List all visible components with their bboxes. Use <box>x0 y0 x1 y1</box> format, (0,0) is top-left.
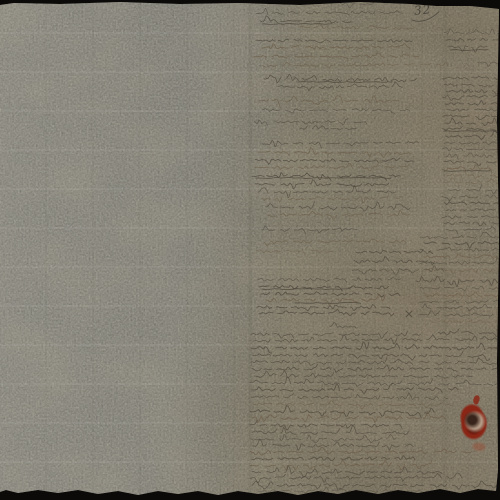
handwriting-stroke <box>340 2 374 8</box>
handwriting-stroke <box>262 23 332 24</box>
handwriting-stroke <box>278 82 402 91</box>
handwriting-stroke <box>252 173 400 181</box>
wax-seal <box>453 396 495 448</box>
handwriting-stroke <box>446 153 493 159</box>
handwriting-stroke <box>250 473 462 483</box>
paper-sheet: 32 <box>0 0 500 500</box>
handwriting-stroke <box>444 142 496 145</box>
handwriting-stroke <box>268 211 409 219</box>
handwriting-stroke <box>259 285 389 291</box>
page-number: 32 <box>413 2 431 17</box>
handwriting-stroke <box>478 62 500 67</box>
handwriting-stroke <box>443 95 500 100</box>
handwriting-stroke <box>256 177 391 178</box>
handwriting-stroke <box>254 118 367 125</box>
handwriting-stroke <box>420 286 500 291</box>
corrections-and-marks <box>256 23 496 317</box>
handwriting-stroke <box>422 304 500 311</box>
handwriting-stroke <box>430 318 500 323</box>
handwriting-stroke <box>442 195 500 201</box>
handwriting-stroke <box>252 383 458 393</box>
handwriting-stroke <box>254 53 419 59</box>
handwriting-stroke <box>446 38 500 41</box>
handwriting-stroke <box>252 456 415 461</box>
handwriting-stroke <box>259 309 394 315</box>
handwriting-stroke <box>450 50 488 51</box>
handwriting-stroke <box>256 8 402 15</box>
handwriting-stroke <box>444 178 499 185</box>
handwriting-stroke <box>252 481 497 489</box>
handwriting-stroke <box>352 266 444 275</box>
handwriting-stroke <box>261 292 400 297</box>
handwriting-stroke <box>250 420 402 430</box>
handwriting-stroke <box>426 268 500 274</box>
handwriting-stroke <box>444 170 490 171</box>
handwriting-stroke <box>251 357 496 365</box>
handwriting-stroke <box>264 74 417 82</box>
handwriting-stroke <box>445 118 500 126</box>
handwriting-stroke <box>444 131 496 132</box>
handwriting-stroke <box>442 148 497 151</box>
handwriting-stroke <box>266 202 410 212</box>
handwriting-stroke <box>418 311 493 317</box>
handwriting-stroke <box>438 329 500 337</box>
handwriting-stroke <box>253 401 453 410</box>
handwriting-stroke <box>252 426 409 435</box>
handwriting-stroke <box>442 216 500 219</box>
handwriting-stroke <box>262 289 350 290</box>
handwriting-stroke <box>448 46 487 52</box>
handwriting-stroke <box>258 487 441 494</box>
handwriting-stroke <box>420 232 500 239</box>
handwriting-stroke <box>253 351 490 361</box>
handwriting-stroke <box>252 364 498 372</box>
handwriting-stroke <box>298 81 392 82</box>
handwriting-stroke <box>446 90 500 94</box>
handwriting-stroke <box>442 76 500 79</box>
handwriting-stroke <box>444 29 500 35</box>
handwriting-stroke <box>253 335 500 344</box>
handwriting-stroke <box>251 331 421 338</box>
handwriting-stroke <box>250 447 472 455</box>
handwriting-stroke <box>330 322 356 327</box>
margin-text-column <box>416 29 500 337</box>
handwriting-stroke <box>264 239 406 246</box>
handwriting-stroke <box>444 222 500 226</box>
handwriting-stroke <box>354 257 435 265</box>
handwriting-stroke <box>253 439 413 450</box>
handwriting-stroke <box>442 165 500 174</box>
handwriting-stroke <box>300 23 415 29</box>
handwriting-stroke <box>416 276 500 287</box>
handwriting-stroke <box>444 202 500 205</box>
handwriting-stroke <box>262 44 410 50</box>
handwriting-stroke <box>251 393 448 400</box>
handwriting-layer <box>0 0 500 500</box>
handwriting-stroke <box>448 185 500 194</box>
handwriting-stroke <box>262 140 419 148</box>
handwriting-stroke <box>424 254 497 258</box>
handwriting-stroke <box>446 209 496 211</box>
manuscript-scan: 32 <box>0 0 500 500</box>
handwriting-stroke <box>424 241 500 248</box>
handwriting-stroke <box>420 299 500 303</box>
handwriting-stroke <box>258 186 396 198</box>
handwriting-stroke <box>262 226 357 234</box>
handwriting-stroke <box>356 249 433 253</box>
handwriting-stroke <box>262 109 410 114</box>
handwriting-stroke <box>442 127 500 133</box>
handwriting-stroke <box>262 194 400 202</box>
handwriting-stroke <box>251 342 498 353</box>
handwriting-stroke <box>406 311 412 317</box>
handwriting-stroke <box>446 131 500 140</box>
handwriting-stroke <box>447 109 500 111</box>
handwriting-stroke <box>258 148 412 158</box>
handwriting-stroke <box>250 406 434 418</box>
handwriting-stroke <box>258 96 399 107</box>
handwriting-stroke <box>256 39 412 43</box>
handwriting-stroke <box>444 84 493 87</box>
handwriting-stroke <box>260 16 351 23</box>
handwriting-stroke <box>256 250 333 255</box>
handwriting-stroke <box>300 126 356 130</box>
handwriting-stroke <box>255 162 409 171</box>
handwriting-stroke <box>252 466 442 477</box>
handwriting-stroke <box>262 62 447 67</box>
handwriting-stroke <box>444 161 496 166</box>
handwriting-stroke <box>250 434 396 443</box>
handwriting-stroke <box>255 158 414 164</box>
handwriting-stroke <box>446 227 495 234</box>
handwriting-stroke <box>424 292 500 297</box>
handwriting-stroke <box>445 100 500 105</box>
handwriting-stroke <box>257 278 401 283</box>
handwriting-stroke <box>257 305 390 311</box>
handwriting-stroke <box>255 180 389 189</box>
handwriting-stroke <box>250 377 500 387</box>
